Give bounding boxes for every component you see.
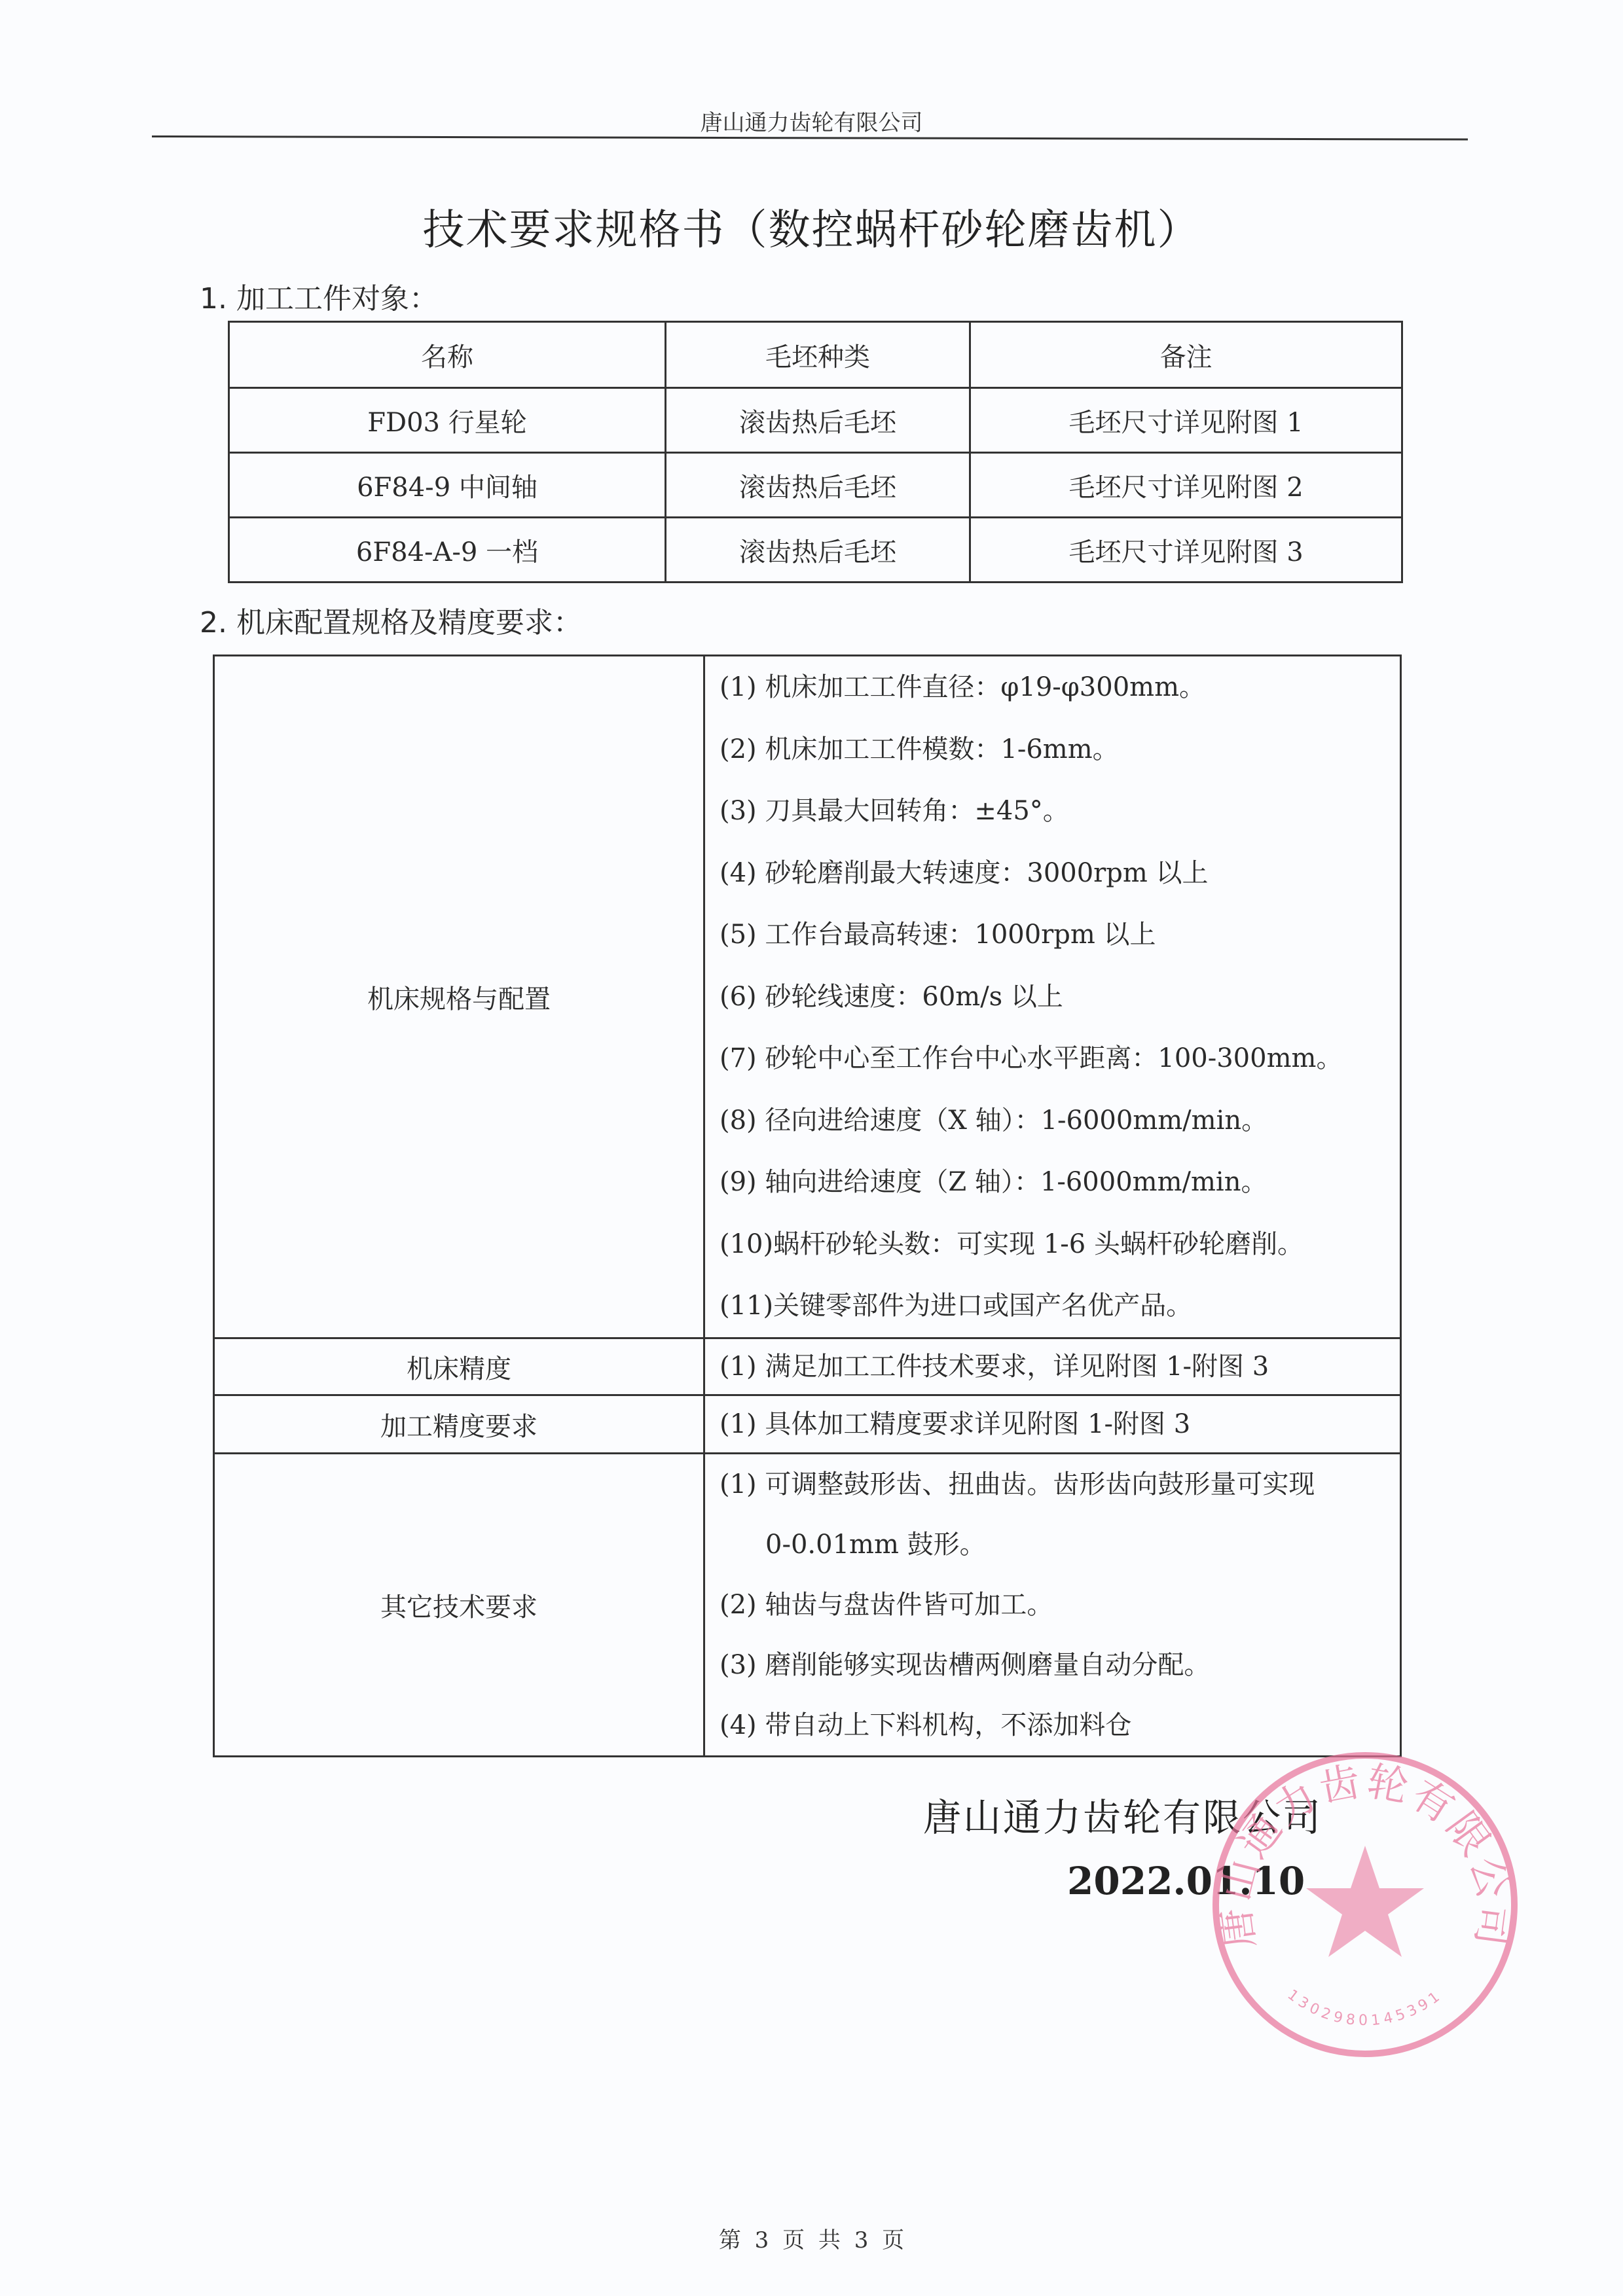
group-label-machine-accuracy: 机床精度	[214, 1338, 704, 1395]
cell-remarks: 毛坯尺寸详见附图 2	[970, 453, 1402, 518]
spec-item: (2) 轴齿与盘齿件皆可加工。	[720, 1575, 1400, 1635]
spec-item: (4) 带自动上下料机构，不添加料仓	[720, 1695, 1400, 1755]
group-items-processing-accuracy: (1) 具体加工精度要求详见附图 1-附图 3	[704, 1395, 1401, 1454]
table-row: 6F84-9 中间轴 滚齿热后毛坯 毛坯尺寸详见附图 2	[229, 453, 1402, 518]
table-row: 6F84-A-9 一档 滚齿热后毛坯 毛坯尺寸详见附图 3	[229, 518, 1402, 583]
workpiece-table: 名称 毛坯种类 备注 FD03 行星轮 滚齿热后毛坯 毛坯尺寸详见附图 1 6F…	[228, 321, 1403, 583]
stamp-code: 1302980145391	[1285, 1986, 1446, 2029]
group-label-processing-accuracy: 加工精度要求	[214, 1395, 704, 1454]
column-header-name: 名称	[229, 322, 666, 388]
machine-spec-table: 机床规格与配置 (1) 机床加工工件直径：φ19-φ300mm。 (2) 机床加…	[213, 655, 1402, 1757]
spec-group-row: 机床规格与配置 (1) 机床加工工件直径：φ19-φ300mm。 (2) 机床加…	[214, 656, 1401, 1338]
spec-item: (6) 砂轮线速度：60m/s 以上	[720, 966, 1400, 1028]
cell-remarks: 毛坯尺寸详见附图 1	[970, 388, 1402, 453]
group-items-machine-accuracy: (1) 满足加工工件技术要求，详见附图 1-附图 3	[704, 1338, 1401, 1395]
cell-name: FD03 行星轮	[229, 388, 666, 453]
spec-item: (1) 可调整鼓形齿、扭曲齿。齿形齿向鼓形量可实现	[720, 1454, 1400, 1515]
spec-item: (8) 径向进给速度（X 轴）：1-6000mm/min。	[720, 1090, 1400, 1152]
cell-blank-type: 滚齿热后毛坯	[665, 388, 970, 453]
spec-item: (4) 砂轮磨削最大转速度：3000rpm 以上	[720, 842, 1400, 905]
cell-remarks: 毛坯尺寸详见附图 3	[970, 518, 1402, 583]
spec-item: (10)蜗杆砂轮头数：可实现 1-6 头蜗杆砂轮磨削。	[720, 1213, 1400, 1276]
cell-blank-type: 滚齿热后毛坯	[665, 518, 970, 583]
table-row: FD03 行星轮 滚齿热后毛坯 毛坯尺寸详见附图 1	[229, 388, 1402, 453]
table-header-row: 名称 毛坯种类 备注	[229, 322, 1402, 388]
section-1-heading: 1. 加工工件对象：	[200, 275, 438, 317]
spec-group-row: 加工精度要求 (1) 具体加工精度要求详见附图 1-附图 3	[214, 1395, 1401, 1454]
spec-item: (1) 机床加工工件直径：φ19-φ300mm。	[720, 656, 1400, 719]
column-header-remarks: 备注	[970, 322, 1402, 388]
company-seal-stamp-icon: 唐山通力齿轮有限公司 1302980145391	[1208, 1748, 1522, 2062]
section-2-heading: 2. 机床配置规格及精度要求：	[200, 599, 582, 641]
spec-group-row: 机床精度 (1) 满足加工工件技术要求，详见附图 1-附图 3	[214, 1338, 1401, 1395]
spec-item: (1) 具体加工精度要求详见附图 1-附图 3	[720, 1396, 1400, 1452]
group-items-other-requirements: (1) 可调整鼓形齿、扭曲齿。齿形齿向鼓形量可实现 0-0.01mm 鼓形。 (…	[704, 1454, 1401, 1757]
group-items-machine-spec: (1) 机床加工工件直径：φ19-φ300mm。 (2) 机床加工工件模数：1-…	[704, 656, 1401, 1338]
spec-item: (11)关键零部件为进口或国产名优产品。	[720, 1275, 1400, 1337]
cell-name: 6F84-A-9 一档	[229, 518, 666, 583]
cell-name: 6F84-9 中间轴	[229, 453, 666, 518]
spec-item: (7) 砂轮中心至工作台中心水平距离：100-300mm。	[720, 1028, 1400, 1090]
column-header-blank-type: 毛坯种类	[665, 322, 970, 388]
spec-item-continuation: 0-0.01mm 鼓形。	[720, 1515, 1400, 1575]
page-header-company: 唐山通力齿轮有限公司	[0, 105, 1623, 137]
spec-item: (1) 满足加工工件技术要求，详见附图 1-附图 3	[720, 1339, 1400, 1394]
spec-item: (3) 刀具最大回转角：±45°。	[720, 780, 1400, 842]
group-label-machine-spec: 机床规格与配置	[214, 656, 704, 1338]
group-label-other-requirements: 其它技术要求	[214, 1454, 704, 1757]
spec-group-row: 其它技术要求 (1) 可调整鼓形齿、扭曲齿。齿形齿向鼓形量可实现 0-0.01m…	[214, 1454, 1401, 1757]
document-title: 技术要求规格书（数控蜗杆砂轮磨齿机）	[0, 196, 1623, 257]
spec-item: (9) 轴向进给速度（Z 轴）：1-6000mm/min。	[720, 1151, 1400, 1213]
page-number: 第 3 页 共 3 页	[0, 2222, 1623, 2254]
spec-item: (5) 工作台最高转速：1000rpm 以上	[720, 904, 1400, 966]
spec-item: (3) 磨削能够实现齿槽两侧磨量自动分配。	[720, 1635, 1400, 1695]
cell-blank-type: 滚齿热后毛坯	[665, 453, 970, 518]
svg-text:1302980145391: 1302980145391	[1285, 1986, 1446, 2029]
spec-item: (2) 机床加工工件模数：1-6mm。	[720, 719, 1400, 781]
